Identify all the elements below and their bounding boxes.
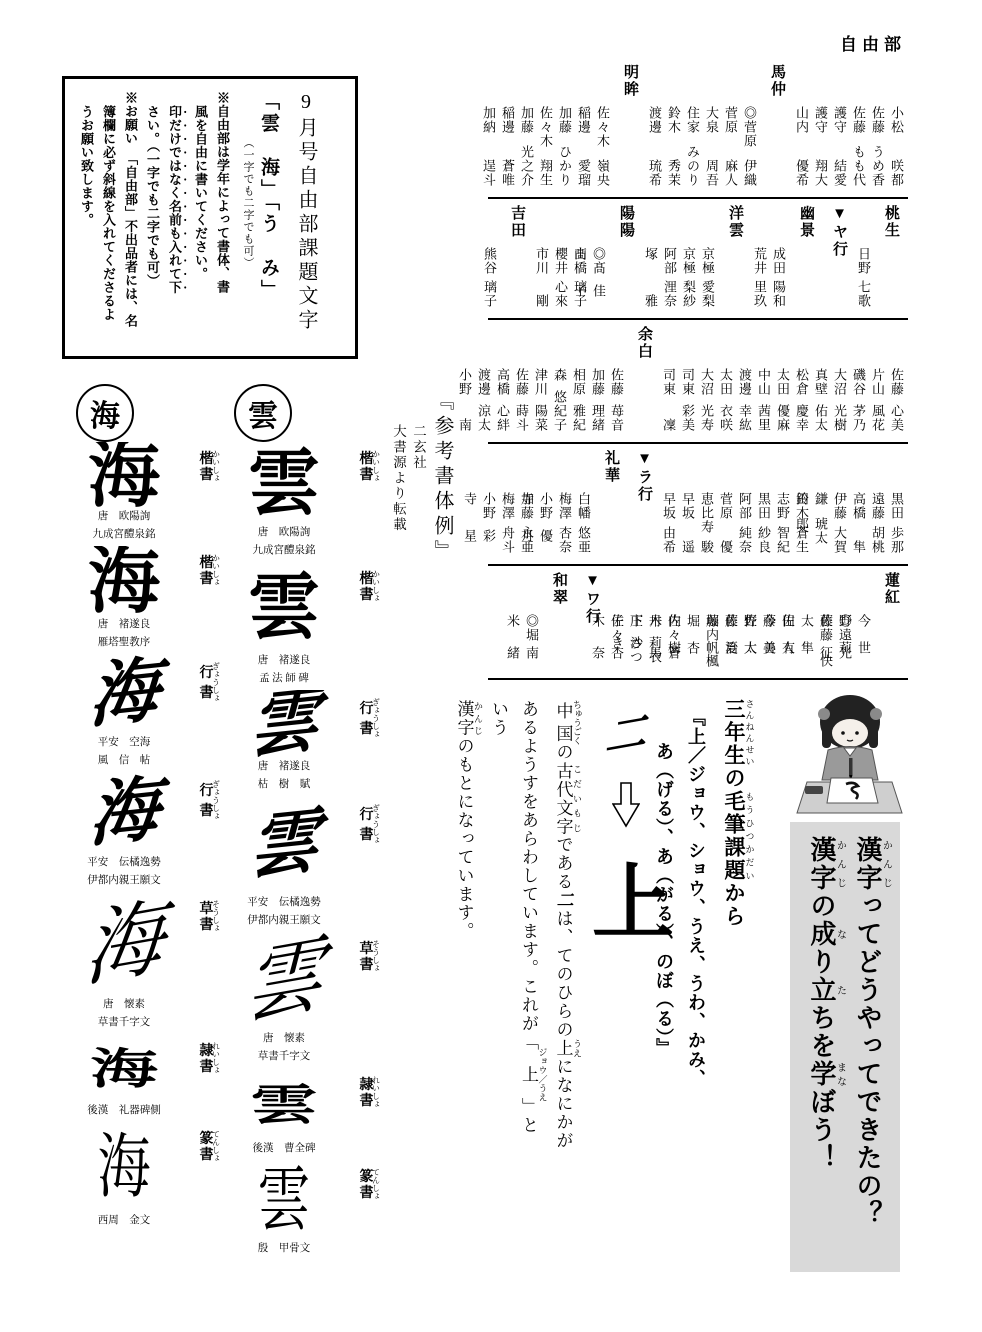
- calligraphy-example: 海唐 懐素草書千字文草書そうしょ: [60, 892, 220, 1034]
- entrant-name: 渡邊幸紘: [739, 368, 754, 432]
- text-run: のもとになっています。: [455, 737, 474, 941]
- entrant-name: 高橋心絆: [497, 368, 512, 432]
- entrant-name: 加藤理緒: [592, 368, 607, 432]
- given-name: 心美: [891, 404, 906, 432]
- given-name: もも代: [853, 145, 868, 187]
- surname: 熊谷: [484, 247, 499, 275]
- surname: 京極: [702, 247, 717, 275]
- name-band-1: 小松咲都佐藤うめ香佐藤もも代護守結愛護守翔大山内優希馬仲◎菅原伊織菅原麻人大泉周…: [488, 58, 908, 197]
- entrant-name: 今野世莉: [858, 614, 873, 668]
- given-name: 風花: [872, 404, 887, 432]
- name-band-3: 佐藤心美片山風花磯谷茅乃大沼光樹真壁佑太松倉慶幸太田優麻中山茜里渡邊幸紘太田衣咲…: [488, 320, 908, 442]
- name-band-4: 黒田歩那遠藤胡桃高橋隼伊藤大賀鎌田琥太郎鈴木蒼生志野智紀黒田紗良阿部純奈菅原優恵…: [488, 444, 908, 564]
- script-style-label: 行書ぎょうしょ: [348, 796, 380, 932]
- name-band-2: 桃生日野七歌▼ヤ行幽景成田陽和荒井里玖洋雲京極愛梨京極梨紗阿部浬奈塚雅陽陽◎髙山…: [488, 199, 908, 318]
- divider-rule: [488, 678, 908, 680]
- calligraphy-glyph: 雲: [220, 442, 348, 526]
- text-run: 上うえ: [554, 1039, 573, 1058]
- surname: 大沼: [701, 368, 716, 396]
- calligraphy-example: 雲平安 伝橘逸勢伊都内親王願文行書ぎょうしょ: [220, 796, 380, 932]
- example-glyph-cell: 雲後漢 曹全碑: [220, 1068, 348, 1160]
- entrant-name: 遠藤胡桃: [872, 492, 887, 554]
- surname: 山内: [796, 106, 811, 134]
- sidebar-line-1: 漢字かんじってどうやってできたの？: [845, 836, 891, 1258]
- given-name: 杏奈: [559, 526, 574, 554]
- example-glyph-cell: 雲殷 甲骨文: [220, 1160, 348, 1260]
- calligraphy-glyph: 雲: [220, 796, 348, 896]
- entrant-name: 梅澤舟斗: [502, 492, 517, 554]
- entrant-name: 山内優希: [796, 106, 811, 187]
- surname: 大沼: [834, 368, 849, 396]
- script-style-label: 隷書れいしょ: [348, 1068, 380, 1160]
- text-run: 三年生さんねんせい: [722, 698, 745, 767]
- surname: 梅澤: [502, 492, 517, 520]
- group-header: 洋雲: [725, 205, 746, 239]
- given-name: 由希: [663, 526, 678, 554]
- entrant-name: 太田優麻: [777, 368, 792, 432]
- document-page: 自由部 9月号自由部課題文字「雲 海」「う み」（一字でも二字でも可）※自由部は…: [0, 0, 982, 1332]
- given-name: 舟斗: [502, 526, 517, 554]
- script-style-label: 篆書てんしょ: [348, 1160, 380, 1260]
- surname: 護守: [834, 106, 849, 134]
- surname: 高橋: [853, 492, 868, 520]
- notice-text: 9月号自由部課題文字「雲 海」「う み」（一字でも二字でも可）※自由部は学年によ…: [75, 91, 321, 344]
- text-run: の: [554, 743, 573, 762]
- paragraph-column-3: 漢字かんじのもとになっています。: [449, 700, 484, 1150]
- example-caption: 唐 懐素: [220, 1032, 348, 1050]
- notice-line: 9月号自由部課題文字: [291, 91, 321, 344]
- reference-credit-source: 大書源より転載: [388, 390, 408, 565]
- text-run: の: [807, 892, 837, 920]
- example-caption: 風 信 帖: [60, 754, 188, 772]
- entrant-name: 白幡悠亜: [578, 492, 593, 554]
- entrant-name: 佐藤うめ香: [872, 106, 887, 187]
- given-name: 愛梨: [702, 280, 717, 308]
- group-header: 吉田: [507, 205, 528, 239]
- entrant-name: 佐藤苺音: [611, 368, 626, 432]
- script-style-label: 隷書れいしょ: [188, 1034, 220, 1122]
- surname: 白幡: [578, 492, 593, 520]
- group-header: ▼ラ行: [634, 450, 655, 503]
- given-name: 逞斗: [483, 159, 498, 187]
- notice-line: さい。（一字でも二字でも可）: [141, 91, 163, 344]
- example-caption: 草書千字文: [220, 1050, 348, 1068]
- surname: 津川: [535, 368, 550, 396]
- text-run: 中国ちゅうごく: [554, 700, 573, 743]
- given-name: 結愛: [834, 159, 849, 187]
- given-name: みのり: [687, 145, 702, 187]
- notice-line: 簿欄に必ず斜線を入れてくださるよ: [97, 91, 119, 344]
- name-band-5: 蓮紅今野世莉◎遠藤光征佐藤快太田隼人佐藤有美今野善太佐藤大治佐藤夏帆堀内楓堀内杏…: [488, 566, 908, 678]
- given-name: 理緒: [592, 404, 607, 432]
- given-name: 世莉: [858, 641, 873, 668]
- entrant-name: ◎髙山佳子: [593, 247, 608, 308]
- notice-line: 印だけではなく名前も入れて下: [163, 91, 189, 344]
- entrant-name: 伊藤大賀: [834, 492, 849, 554]
- surname: 住家: [687, 106, 702, 134]
- surname: 相原: [573, 368, 588, 396]
- calligraphy-glyph: 雲: [220, 932, 348, 1032]
- given-name: 遥: [682, 540, 697, 554]
- example-caption: 伊都内親王願文: [220, 914, 348, 932]
- group-header: ▼ヤ行: [829, 205, 850, 258]
- girl-writing-calligraphy-illustration: [793, 690, 907, 820]
- example-caption: 唐 褚遂良: [60, 618, 188, 636]
- group-header: 蓮紅: [881, 572, 902, 606]
- entrant-name: 稲邊愛瑠: [578, 106, 593, 187]
- surname: 太田: [801, 614, 816, 641]
- surname: 小野寺: [483, 492, 498, 529]
- entrant-name: 櫻井心來: [555, 247, 570, 308]
- given-name: 琥太郎: [815, 517, 830, 554]
- example-caption: 唐 褚遂良: [220, 654, 348, 672]
- surname: 伊藤: [834, 492, 849, 520]
- given-name: 悠紀子: [554, 390, 569, 432]
- calligraphy-example: 海後漢 礼器碑側隷書れいしょ: [60, 1034, 220, 1122]
- given-name: 光之介: [521, 145, 536, 187]
- given-name: 南緒: [526, 646, 541, 668]
- surname: 加納: [483, 106, 498, 134]
- modern-character: 上: [592, 838, 662, 955]
- group-header: 桃生: [881, 205, 902, 239]
- text-run: あるようすをあらわしています。これが「: [519, 700, 538, 1052]
- entrant-name: 住家みのり: [687, 106, 702, 187]
- given-name: 佑太: [815, 404, 830, 432]
- readings-line-1: 『上／ジョウ、ショウ、うえ、うわ、かみ、: [680, 708, 712, 1088]
- surname: 堀内: [687, 614, 702, 641]
- text-run: 古代文字こだいもじ: [554, 762, 573, 836]
- surname: 今野: [858, 614, 873, 641]
- entrant-name: 日野七歌: [858, 247, 873, 308]
- example-glyph-cell: 雲平安 伝橘逸勢伊都内親王願文: [220, 796, 348, 932]
- entrant-name: 司東凜: [663, 368, 678, 432]
- given-name: 雅: [645, 294, 660, 308]
- surname: 稲邊: [578, 106, 593, 134]
- surname: 早坂: [682, 492, 697, 520]
- calligraphy-glyph: 海: [60, 442, 188, 510]
- calligraphy-example: 雲唐 褚遂良孟 法 師 碑楷書かいしょ: [220, 562, 380, 690]
- surname: 菅原: [720, 492, 735, 520]
- surname: 真壁: [815, 368, 830, 396]
- given-name: 陽菜: [535, 404, 550, 432]
- text-run: ってどうやってできたの？: [853, 892, 883, 1228]
- example-caption: 西周 金文: [60, 1214, 188, 1232]
- text-run: 漢字かんじ: [853, 836, 883, 892]
- entrant-name: 津川陽菜: [535, 368, 550, 432]
- example-caption: 後漢 礼器碑側: [60, 1104, 188, 1122]
- entrant-name: 相原雅紀: [573, 368, 588, 432]
- calligraphy-example: 雲唐 褚遂良枯 樹 賦行書ぎょうしょ: [220, 690, 380, 796]
- entrant-name: 佐藤蒔斗: [516, 368, 531, 432]
- calligraphy-example: 雲唐 懐素草書千字文草書そうしょ: [220, 932, 380, 1068]
- given-name: 秀茉: [668, 159, 683, 187]
- given-name: 梨紗: [683, 280, 698, 308]
- surname: 菅原: [725, 106, 740, 134]
- text-run: 上ジョウ／うえ: [519, 1052, 538, 1098]
- surname: 片山: [872, 368, 887, 396]
- paragraph-column-1: 中国ちゅうごくの古代文字こだいもじである二は、てのひらの上うえになにかが: [548, 700, 583, 1150]
- group-header: 礼華: [601, 450, 622, 484]
- given-name: 隼: [853, 540, 868, 554]
- entrant-name: 阿部浬奈: [664, 247, 679, 308]
- entrant-name: 太田衣咲: [720, 368, 735, 432]
- entrant-name: 黒田紗良: [758, 492, 773, 554]
- notice-line: （一字でも二字でも可）: [241, 91, 255, 344]
- entrant-name: 佐藤心美: [891, 368, 906, 432]
- reference-credit-publisher: 二玄社: [408, 390, 428, 565]
- given-name: 光樹: [834, 404, 849, 432]
- given-name: 心絆: [497, 404, 512, 432]
- given-name: 周吾: [706, 159, 721, 187]
- reference-title: 『参考書体例』: [431, 390, 453, 565]
- example-glyph-cell: 海後漢 礼器碑側: [60, 1034, 188, 1122]
- entrant-name: 佐々木嶺央: [597, 106, 612, 187]
- feature-paragraph: 中国ちゅうごくの古代文字こだいもじである二は、てのひらの上うえになにかが あるよ…: [488, 700, 582, 1150]
- surname: 鈴木: [668, 106, 683, 134]
- script-style-label: 行書ぎょうしょ: [188, 772, 220, 892]
- page-title: 自由部: [840, 30, 906, 55]
- surname: 司東: [682, 368, 697, 396]
- given-name: 智紀: [777, 526, 792, 554]
- given-name: 隼人: [801, 641, 816, 668]
- script-style-label: 行書ぎょうしょ: [348, 690, 380, 796]
- calligraphy-example: 海唐 褚遂良雁塔聖教序楷書かいしょ: [60, 546, 220, 654]
- entrant-name: 大沼光樹: [834, 368, 849, 432]
- given-name: 彩星: [483, 529, 498, 554]
- calligraphy-example: 雲後漢 曹全碑隷書れいしょ: [220, 1068, 380, 1160]
- given-name: 陽和: [773, 280, 788, 308]
- example-caption: 唐 褚遂良: [220, 760, 348, 778]
- entrant-name: 阿部純奈: [739, 492, 754, 554]
- example-caption: 唐 欧陽詢: [220, 526, 348, 544]
- text-run: 漢字かんじ: [807, 836, 837, 892]
- text-run: から: [722, 882, 745, 928]
- calligraphy-column-umi: 海唐 欧陽詢九成宮醴泉銘楷書かいしょ海唐 褚遂良雁塔聖教序楷書かいしょ海平安 空…: [60, 442, 220, 1232]
- example-caption: 唐 欧陽詢: [60, 510, 188, 528]
- script-style-label: 草書そうしょ: [348, 932, 380, 1068]
- example-glyph-cell: 海唐 欧陽詢九成宮醴泉銘: [60, 442, 188, 546]
- given-name: 蒼唯: [502, 159, 517, 187]
- notice-box: 9月号自由部課題文字「雲 海」「う み」（一字でも二字でも可）※自由部は学年によ…: [62, 76, 358, 359]
- group-header: 明眸: [620, 64, 641, 98]
- given-name: 茜里: [758, 404, 773, 432]
- notice-line: ※自由部は学年によって書体、書: [211, 91, 233, 344]
- text-run: ぼう！: [807, 1088, 837, 1172]
- calligraphy-glyph: 雲: [220, 562, 348, 654]
- notice-line: うお願い致します。: [75, 91, 97, 344]
- entrant-name: 菅原麻人: [725, 106, 740, 187]
- circled-character-kumo: 雲: [234, 384, 292, 442]
- entrant-name: 太田隼人: [801, 614, 816, 668]
- entrant-name: 早坂由希: [663, 492, 678, 554]
- calligraphy-example: 海平安 空海風 信 帖行書ぎょうしょ: [60, 654, 220, 772]
- text-run: 二: [554, 891, 573, 910]
- text-run: である: [554, 836, 573, 892]
- surname: 大泉: [706, 106, 721, 134]
- given-name: 愛瑠: [578, 159, 593, 187]
- example-glyph-cell: 海唐 褚遂良雁塔聖教序: [60, 546, 188, 654]
- surname: 司東: [663, 368, 678, 396]
- script-style-label: 楷書かいしょ: [348, 562, 380, 690]
- entrant-name: 恵比寿駿: [701, 492, 716, 554]
- entrant-name: 京極梨紗: [683, 247, 698, 308]
- given-name: 麻人: [725, 159, 740, 187]
- example-caption: 後漢 曹全碑: [220, 1142, 348, 1160]
- script-style-label: 行書ぎょうしょ: [188, 654, 220, 772]
- surname: 黒田: [891, 492, 906, 520]
- entrant-name: 荒井里玖: [754, 247, 769, 308]
- surname: 櫻井: [555, 247, 570, 275]
- example-caption: 草書千字文: [60, 1016, 188, 1034]
- text-run: ちを: [807, 1004, 837, 1060]
- entrant-name: 松倉慶幸: [796, 368, 811, 432]
- example-glyph-cell: 雲唐 欧陽詢九成宮醴泉銘: [220, 442, 348, 562]
- group-header: 馬仲: [767, 64, 788, 98]
- surname: 太田: [777, 368, 792, 396]
- example-glyph-cell: 海平安 空海風 信 帖: [60, 654, 188, 772]
- calligraphy-glyph: 海: [60, 546, 188, 618]
- surname: 高橋: [497, 368, 512, 396]
- given-name: 彩美: [682, 404, 697, 432]
- script-style-label: 楷書かいしょ: [188, 546, 220, 654]
- surname: 市川: [536, 247, 551, 275]
- entrant-name: 大沼光寿: [701, 368, 716, 432]
- entrant-name: 小松咲都: [891, 106, 906, 187]
- surname: 小松: [891, 106, 906, 134]
- text-run: 立た: [807, 976, 837, 1004]
- calligraphy-glyph: 海: [60, 772, 188, 856]
- script-style-label: 篆書てんしょ: [188, 1122, 220, 1232]
- calligraphy-example: 雲唐 欧陽詢九成宮醴泉銘楷書かいしょ: [220, 442, 380, 562]
- example-glyph-cell: 雲唐 懐素草書千字文: [220, 932, 348, 1068]
- given-name: 杏奈: [611, 646, 626, 668]
- given-name: 咲都: [891, 159, 906, 187]
- entrant-name: 渡邊琉希: [649, 106, 664, 187]
- calligraphy-glyph: 海: [60, 654, 188, 736]
- calligraphy-glyph: 雲: [220, 1160, 348, 1242]
- given-name: 伊織: [744, 159, 759, 187]
- surname: 塚: [645, 247, 660, 261]
- calligraphy-glyph: 海: [60, 892, 188, 998]
- surname: 中山: [758, 368, 773, 396]
- notice-line: ※お願い 「自由部」不出品者には、名: [119, 91, 141, 344]
- entrant-name: 片山風花: [872, 368, 887, 432]
- given-name: 悠亜: [578, 526, 593, 554]
- example-glyph-cell: 海西周 金文: [60, 1122, 188, 1232]
- given-name: 七歌: [858, 280, 873, 308]
- calligraphy-example: 海唐 欧陽詢九成宮醴泉銘楷書かいしょ: [60, 442, 220, 546]
- text-run: 成な: [807, 920, 837, 948]
- notice-line: 風を自由に書いてください。: [189, 91, 211, 344]
- calligraphy-example: 海西周 金文篆書てんしょ: [60, 1122, 220, 1232]
- given-name: 翔生: [540, 159, 555, 187]
- given-name: 優: [720, 540, 735, 554]
- surname: 成田: [773, 247, 788, 275]
- entrant-name: 志野智紀: [777, 492, 792, 554]
- given-name: 優希: [796, 159, 811, 187]
- script-style-label: 楷書かいしょ: [188, 442, 220, 546]
- surname: 鎌田: [815, 492, 830, 517]
- script-style-label: 楷書かいしょ: [348, 442, 380, 562]
- surname: ◎髙山: [593, 247, 608, 284]
- given-name: 駿: [701, 540, 716, 554]
- surname: 佐藤: [853, 106, 868, 134]
- surname: 磯谷: [853, 368, 868, 396]
- surname: 佐々木: [597, 106, 612, 148]
- example-caption: 九成宮醴泉銘: [60, 528, 188, 546]
- down-arrow-icon: [612, 782, 640, 828]
- entrant-name: 小野寺優月: [540, 492, 555, 554]
- surname: 佐藤: [872, 106, 887, 134]
- given-name: 慶幸: [796, 404, 811, 432]
- given-name: 茅乃: [853, 404, 868, 432]
- entrant-name: 梅澤杏奈: [559, 492, 574, 554]
- surname: 京極: [683, 247, 698, 275]
- given-name: 里玖: [754, 280, 769, 308]
- feature-heading: 三年生さんねんせいの毛筆課題もうひつかだいから: [718, 698, 755, 928]
- entrant-name: ◎菅原伊織: [744, 106, 759, 187]
- entrant-name: 稲邊蒼唯: [502, 106, 517, 187]
- surname: 護守: [815, 106, 830, 134]
- entrant-name: 鈴木秀茉: [668, 106, 683, 187]
- surname: ◎菅原: [744, 106, 759, 148]
- surname: 太田: [720, 368, 735, 396]
- text-run: 漢字かんじ: [455, 700, 474, 737]
- surname: 恵比寿: [701, 492, 716, 534]
- script-style-label: 草書そうしょ: [188, 892, 220, 1034]
- surname: 松倉: [796, 368, 811, 396]
- given-name: 大賀: [834, 526, 849, 554]
- example-caption: 九成宮醴泉銘: [220, 544, 348, 562]
- given-name: 光寿: [701, 404, 716, 432]
- given-name: 嶺央: [597, 159, 612, 187]
- given-name: 歩那: [891, 526, 906, 554]
- example-glyph-cell: 雲唐 褚遂良枯 樹 賦: [220, 690, 348, 796]
- group-header: 余白: [634, 326, 655, 360]
- surname: 遠藤: [872, 492, 887, 520]
- given-name: 心來: [555, 280, 570, 308]
- entrant-name: 護守翔大: [815, 106, 830, 187]
- circled-character-umi: 海: [76, 384, 134, 442]
- example-caption: 殷 甲骨文: [220, 1242, 348, 1260]
- entrant-name: 京極愛梨: [702, 247, 717, 308]
- example-caption: 唐 懐素: [60, 998, 188, 1016]
- given-name: 紗良: [758, 526, 773, 554]
- entrant-name: 鎌田琥太郎: [815, 492, 830, 554]
- example-caption: 平安 空海: [60, 736, 188, 754]
- example-caption: 平安 伝橘逸勢: [220, 896, 348, 914]
- surname: 阿部: [664, 247, 679, 275]
- given-name: 幸紘: [739, 404, 754, 432]
- calligraphy-glyph: 雲: [220, 1068, 348, 1142]
- text-run: 毛筆課題もうひつかだい: [722, 790, 745, 882]
- entrant-name: ◎堀米南緒: [526, 614, 541, 668]
- ancient-character: 二: [594, 696, 657, 768]
- text-run: り: [807, 948, 837, 976]
- surname: 渡邊: [649, 106, 664, 134]
- given-name: ひかり: [559, 145, 574, 187]
- given-name: 苺音: [611, 404, 626, 432]
- example-glyph-cell: 海唐 懐素草書千字文: [60, 892, 188, 1034]
- surname: 梅澤: [559, 492, 574, 520]
- given-name: うめ香: [872, 145, 887, 187]
- example-glyph-cell: 雲唐 褚遂良孟 法 師 碑: [220, 562, 348, 690]
- entrant-name: 黒田歩那: [891, 492, 906, 554]
- surname: 佐藤: [516, 368, 531, 396]
- surname: 小野寺: [540, 492, 555, 529]
- surname: 加藤: [559, 106, 574, 134]
- entrant-name: 大泉周吾: [706, 106, 721, 187]
